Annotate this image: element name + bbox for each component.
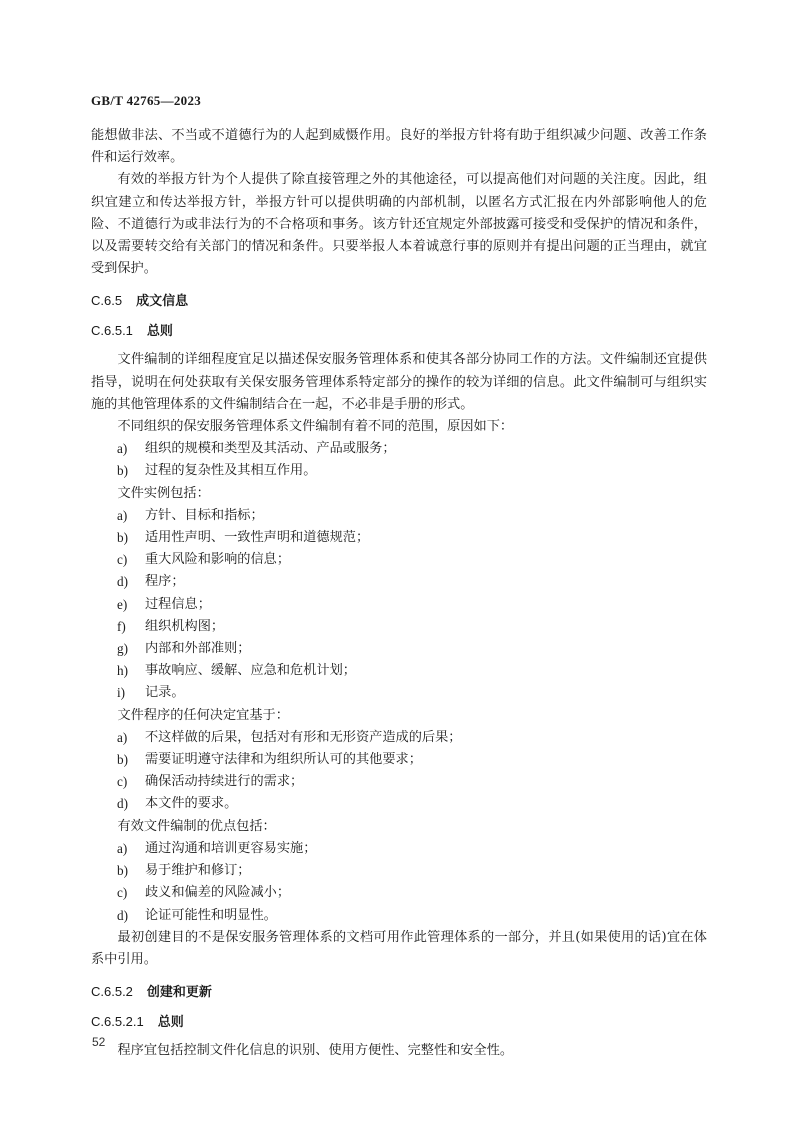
list-item: b)过程的复杂性及其相互作用。 [91, 460, 707, 482]
list-text: 组织机构图； [145, 616, 224, 638]
section-title: 总则 [158, 1014, 184, 1029]
list-item: h)事故响应、缓解、应急和危机计划； [91, 660, 707, 682]
section-title: 成文信息 [136, 293, 188, 308]
list-text: 过程的复杂性及其相互作用。 [145, 460, 316, 482]
paragraph: 文件程序的任何决定宜基于： [91, 705, 707, 727]
list-text: 过程信息； [145, 594, 211, 616]
list-item: a)方针、目标和指标； [91, 505, 707, 527]
subsection-heading: C.6.5.2.1总则 [91, 1011, 707, 1033]
section-number: C.6.5 [91, 293, 122, 308]
list-reasons: a)组织的规模和类型及其活动、产品或服务；b)过程的复杂性及其相互作用。 [91, 438, 707, 482]
list-text: 组织的规模和类型及其活动、产品或服务； [145, 438, 396, 460]
list-item: a)通过沟通和培训更容易实施； [91, 838, 707, 860]
list-text: 通过沟通和培训更容易实施； [145, 838, 316, 860]
section-title: 创建和更新 [147, 984, 212, 999]
list-item: c)确保活动持续进行的需求； [91, 771, 707, 793]
standard-number: GB/T 42765—2023 [91, 93, 201, 109]
section-number: C.6.5.1 [91, 323, 133, 338]
list-marker: b) [117, 527, 145, 549]
list-marker: a) [117, 838, 145, 860]
list-item: c)重大风险和影响的信息； [91, 549, 707, 571]
list-text: 论证可能性和明显性。 [145, 905, 277, 927]
list-text: 重大风险和影响的信息； [145, 549, 290, 571]
list-marker: d) [117, 571, 145, 593]
list-item: b)易于维护和修订； [91, 860, 707, 882]
list-text: 易于维护和修订； [145, 860, 251, 882]
paragraph: 文件实例包括： [91, 483, 707, 505]
list-marker: g) [117, 638, 145, 660]
paragraph: 有效的举报方针为个人提供了除直接管理之外的其他途径，可以提高他们对问题的关注度。… [91, 169, 707, 280]
list-item: a)组织的规模和类型及其活动、产品或服务； [91, 438, 707, 460]
list-text: 需要证明遵守法律和为组织所认可的其他要求； [145, 749, 422, 771]
list-item: a)不这样做的后果，包括对有形和无形资产造成的后果； [91, 727, 707, 749]
list-text: 本文件的要求。 [145, 793, 237, 815]
list-marker: b) [117, 460, 145, 482]
list-marker: a) [117, 505, 145, 527]
list-marker: f) [117, 616, 145, 638]
list-marker: c) [117, 882, 145, 904]
list-text: 记录。 [145, 682, 185, 704]
paragraph: 不同组织的保安服务管理体系文件编制有着不同的范围，原因如下： [91, 416, 707, 438]
paragraph: 最初创建目的不是保安服务管理体系的文档可用作此管理体系的一部分，并且(如果使用的… [91, 927, 707, 971]
list-marker: c) [117, 549, 145, 571]
subsection-heading: C.6.5.1总则 [91, 320, 707, 342]
paragraph: 有效文件编制的优点包括： [91, 816, 707, 838]
section-number: C.6.5.2.1 [91, 1014, 144, 1029]
list-item: g)内部和外部准则； [91, 638, 707, 660]
section-heading: C.6.5成文信息 [91, 290, 707, 312]
list-text: 歧义和偏差的风险减小； [145, 882, 290, 904]
list-advantages: a)通过沟通和培训更容易实施；b)易于维护和修订；c)歧义和偏差的风险减小；d)… [91, 838, 707, 927]
list-text: 不这样做的后果，包括对有形和无形资产造成的后果； [145, 727, 462, 749]
section-title: 总则 [147, 323, 173, 338]
list-document-examples: a)方针、目标和指标；b)适用性声明、一致性声明和道德规范；c)重大风险和影响的… [91, 505, 707, 705]
list-marker: e) [117, 594, 145, 616]
paragraph: 程序宜包括控制文件化信息的识别、使用方便性、完整性和安全性。 [91, 1040, 707, 1062]
list-marker: d) [117, 905, 145, 927]
list-text: 程序； [145, 571, 185, 593]
list-item: d)程序； [91, 571, 707, 593]
list-item: d)论证可能性和明显性。 [91, 905, 707, 927]
list-text: 事故响应、缓解、应急和危机计划； [145, 660, 356, 682]
list-marker: a) [117, 438, 145, 460]
list-item: i)记录。 [91, 682, 707, 704]
list-marker: h) [117, 660, 145, 682]
list-item: d)本文件的要求。 [91, 793, 707, 815]
list-decision-basis: a)不这样做的后果，包括对有形和无形资产造成的后果；b)需要证明遵守法律和为组织… [91, 727, 707, 816]
paragraph: 能想做非法、不当或不道德行为的人起到威慑作用。良好的举报方针将有助于组织减少问题… [91, 125, 707, 169]
list-marker: i) [117, 682, 145, 704]
list-marker: b) [117, 749, 145, 771]
list-marker: d) [117, 793, 145, 815]
list-marker: b) [117, 860, 145, 882]
paragraph: 文件编制的详细程度宜足以描述保安服务管理体系和使其各部分协同工作的方法。文件编制… [91, 349, 707, 416]
list-item: b)适用性声明、一致性声明和道德规范； [91, 527, 707, 549]
list-marker: c) [117, 771, 145, 793]
list-item: b)需要证明遵守法律和为组织所认可的其他要求； [91, 749, 707, 771]
list-item: e)过程信息； [91, 594, 707, 616]
list-marker: a) [117, 727, 145, 749]
subsection-heading: C.6.5.2创建和更新 [91, 981, 707, 1003]
list-item: c)歧义和偏差的风险减小； [91, 882, 707, 904]
page-body: 能想做非法、不当或不道德行为的人起到威慑作用。良好的举报方针将有助于组织减少问题… [91, 125, 707, 1062]
list-text: 内部和外部准则； [145, 638, 251, 660]
list-text: 适用性声明、一致性声明和道德规范； [145, 527, 369, 549]
page-number: 52 [92, 1035, 105, 1049]
list-text: 确保活动持续进行的需求； [145, 771, 303, 793]
section-number: C.6.5.2 [91, 984, 133, 999]
list-item: f)组织机构图； [91, 616, 707, 638]
list-text: 方针、目标和指标； [145, 505, 264, 527]
